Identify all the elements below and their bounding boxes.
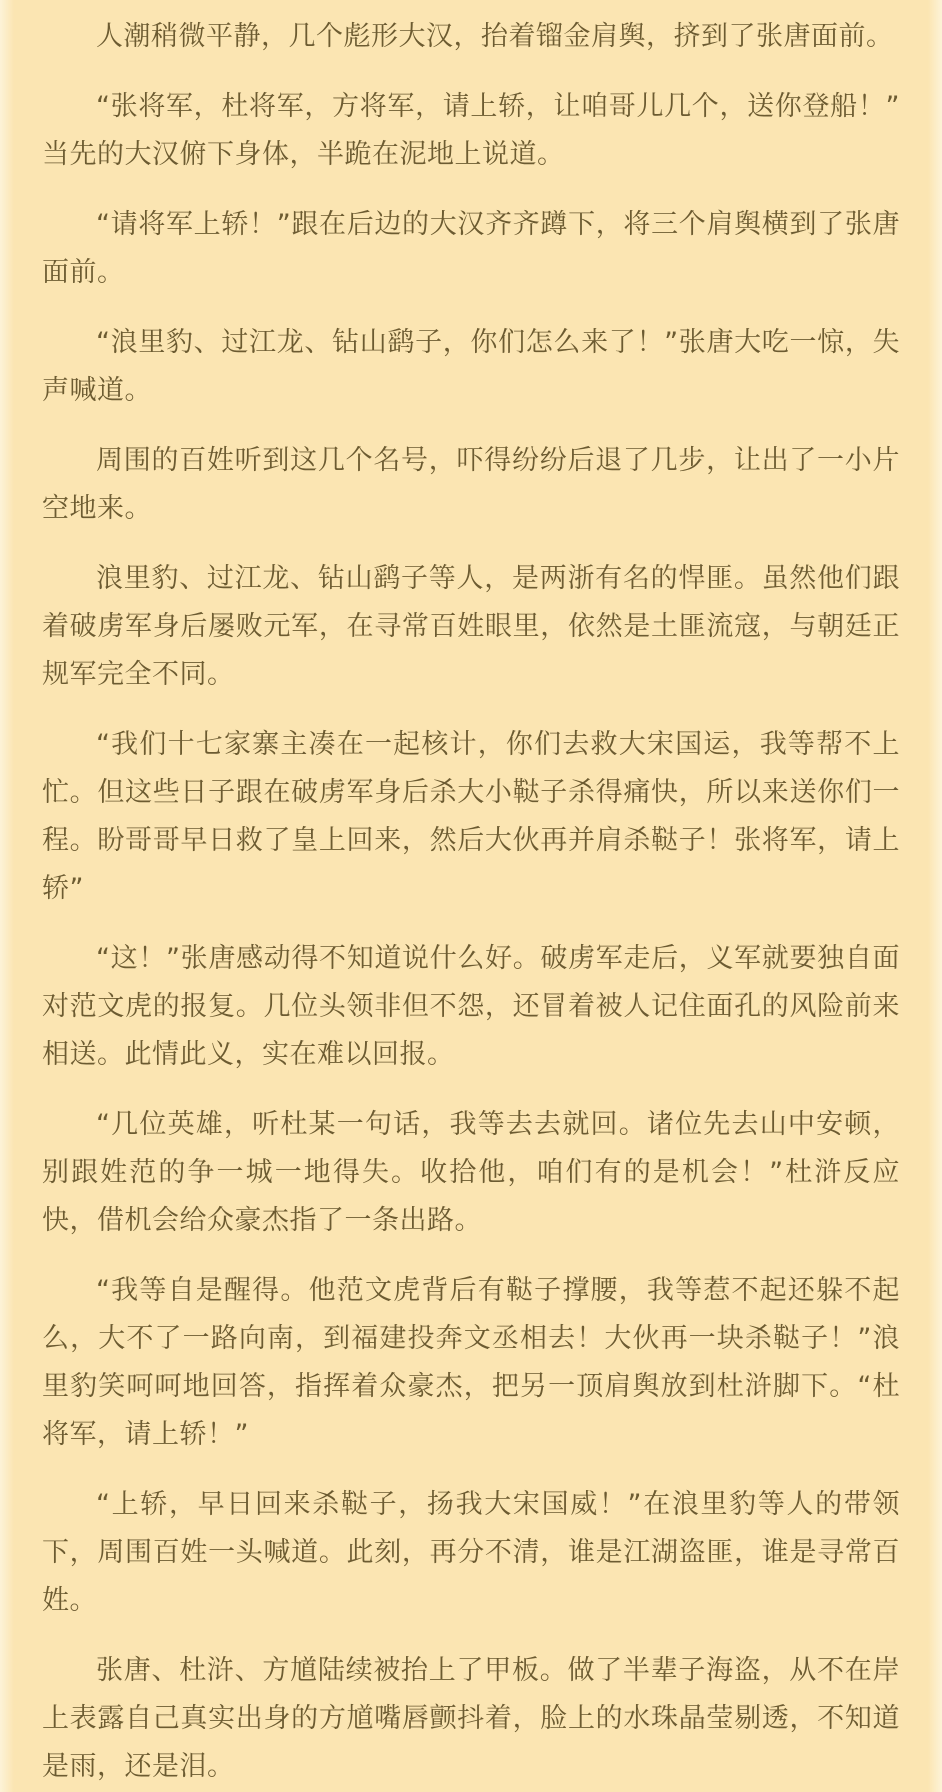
- paragraph: “几位英雄，听杜某一句话，我等去去就回。诸位先去山中安顿，别跟姓范的争一城一地得…: [42, 1101, 900, 1245]
- paragraph: “这！”张唐感动得不知道说什么好。破虏军走后，义军就要独自面对范文虎的报复。几位…: [42, 935, 900, 1079]
- paragraph: 浪里豹、过江龙、钻山鹞子等人，是两浙有名的悍匪。虽然他们跟着破虏军身后屡败元军，…: [42, 555, 900, 699]
- reader-content[interactable]: 人潮稍微平静，几个彪形大汉，抬着镏金肩舆，挤到了张唐面前。“张将军，杜将军，方将…: [0, 0, 942, 1792]
- paragraph: 人潮稍微平静，几个彪形大汉，抬着镏金肩舆，挤到了张唐面前。: [42, 13, 900, 61]
- paragraph: “请将军上轿！”跟在后边的大汉齐齐蹲下，将三个肩舆横到了张唐面前。: [42, 201, 900, 297]
- paragraph: 周围的百姓听到这几个名号，吓得纷纷后退了几步，让出了一小片空地来。: [42, 437, 900, 533]
- paragraph: “上轿，早日回来杀鞑子，扬我大宋国威！”在浪里豹等人的带领下，周围百姓一头喊道。…: [42, 1481, 900, 1625]
- paragraph: “我等自是醒得。他范文虎背后有鞑子撑腰，我等惹不起还躲不起么，大不了一路向南，到…: [42, 1267, 900, 1459]
- reader-page: 人潮稍微平静，几个彪形大汉，抬着镏金肩舆，挤到了张唐面前。“张将军，杜将军，方将…: [0, 0, 942, 1792]
- paragraph: “浪里豹、过江龙、钻山鹞子，你们怎么来了！”张唐大吃一惊，失声喊道。: [42, 319, 900, 415]
- paragraph: 张唐、杜浒、方馗陆续被抬上了甲板。做了半辈子海盗，从不在岸上表露自己真实出身的方…: [42, 1647, 900, 1791]
- paragraph: “张将军，杜将军，方将军，请上轿，让咱哥儿几个，送你登船！”当先的大汉俯下身体，…: [42, 83, 900, 179]
- paragraph: “我们十七家寨主凑在一起核计，你们去救大宋国运，我等帮不上忙。但这些日子跟在破虏…: [42, 721, 900, 913]
